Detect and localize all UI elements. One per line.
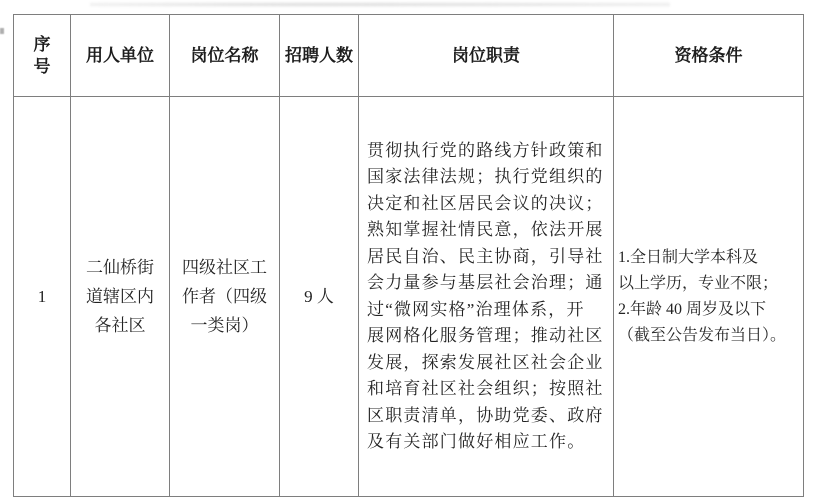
- table-row: 1 二仙桥街 道辖区内 各社区 四级社区工 作者（四级 一类岗） 9 人 贯彻执…: [14, 97, 804, 497]
- header-duties: 岗位职责: [359, 15, 614, 97]
- header-employer: 用人单位: [71, 15, 170, 97]
- cell-employer: 二仙桥街 道辖区内 各社区: [71, 97, 170, 497]
- header-recruit-count: 招聘人数: [280, 15, 359, 97]
- cell-duties: 贯彻执行党的路线方针政策和 国家法律法规；执行党组织的 决定和社区居民会议的决议…: [359, 97, 614, 497]
- header-row: 序 号 用人单位 岗位名称 招聘人数 岗位职责 资格条件: [14, 15, 804, 97]
- scan-artifact: [0, 28, 4, 34]
- header-serial-number: 序 号: [14, 15, 71, 97]
- cell-position-name: 四级社区工 作者（四级 一类岗）: [170, 97, 280, 497]
- recruitment-table: 序 号 用人单位 岗位名称 招聘人数 岗位职责 资格条件 1 二仙桥街 道辖区内…: [13, 14, 804, 497]
- document-page: 序 号 用人单位 岗位名称 招聘人数 岗位职责 资格条件 1 二仙桥街 道辖区内…: [0, 0, 813, 504]
- cell-recruit-count: 9 人: [280, 97, 359, 497]
- cell-qualifications: 1.全日制大学本科及 以上学历，专业不限； 2.年龄 40 周岁及以下 （截至公…: [614, 97, 804, 497]
- qualifications-text: 1.全日制大学本科及 以上学历，专业不限； 2.年龄 40 周岁及以下 （截至公…: [614, 245, 803, 349]
- header-qualifications: 资格条件: [614, 15, 804, 97]
- scan-artifact: [90, 1, 670, 8]
- header-position-name: 岗位名称: [170, 15, 280, 97]
- duties-text: 贯彻执行党的路线方针政策和 国家法律法规；执行党组织的 决定和社区居民会议的决议…: [359, 138, 613, 456]
- cell-serial-number: 1: [14, 97, 71, 497]
